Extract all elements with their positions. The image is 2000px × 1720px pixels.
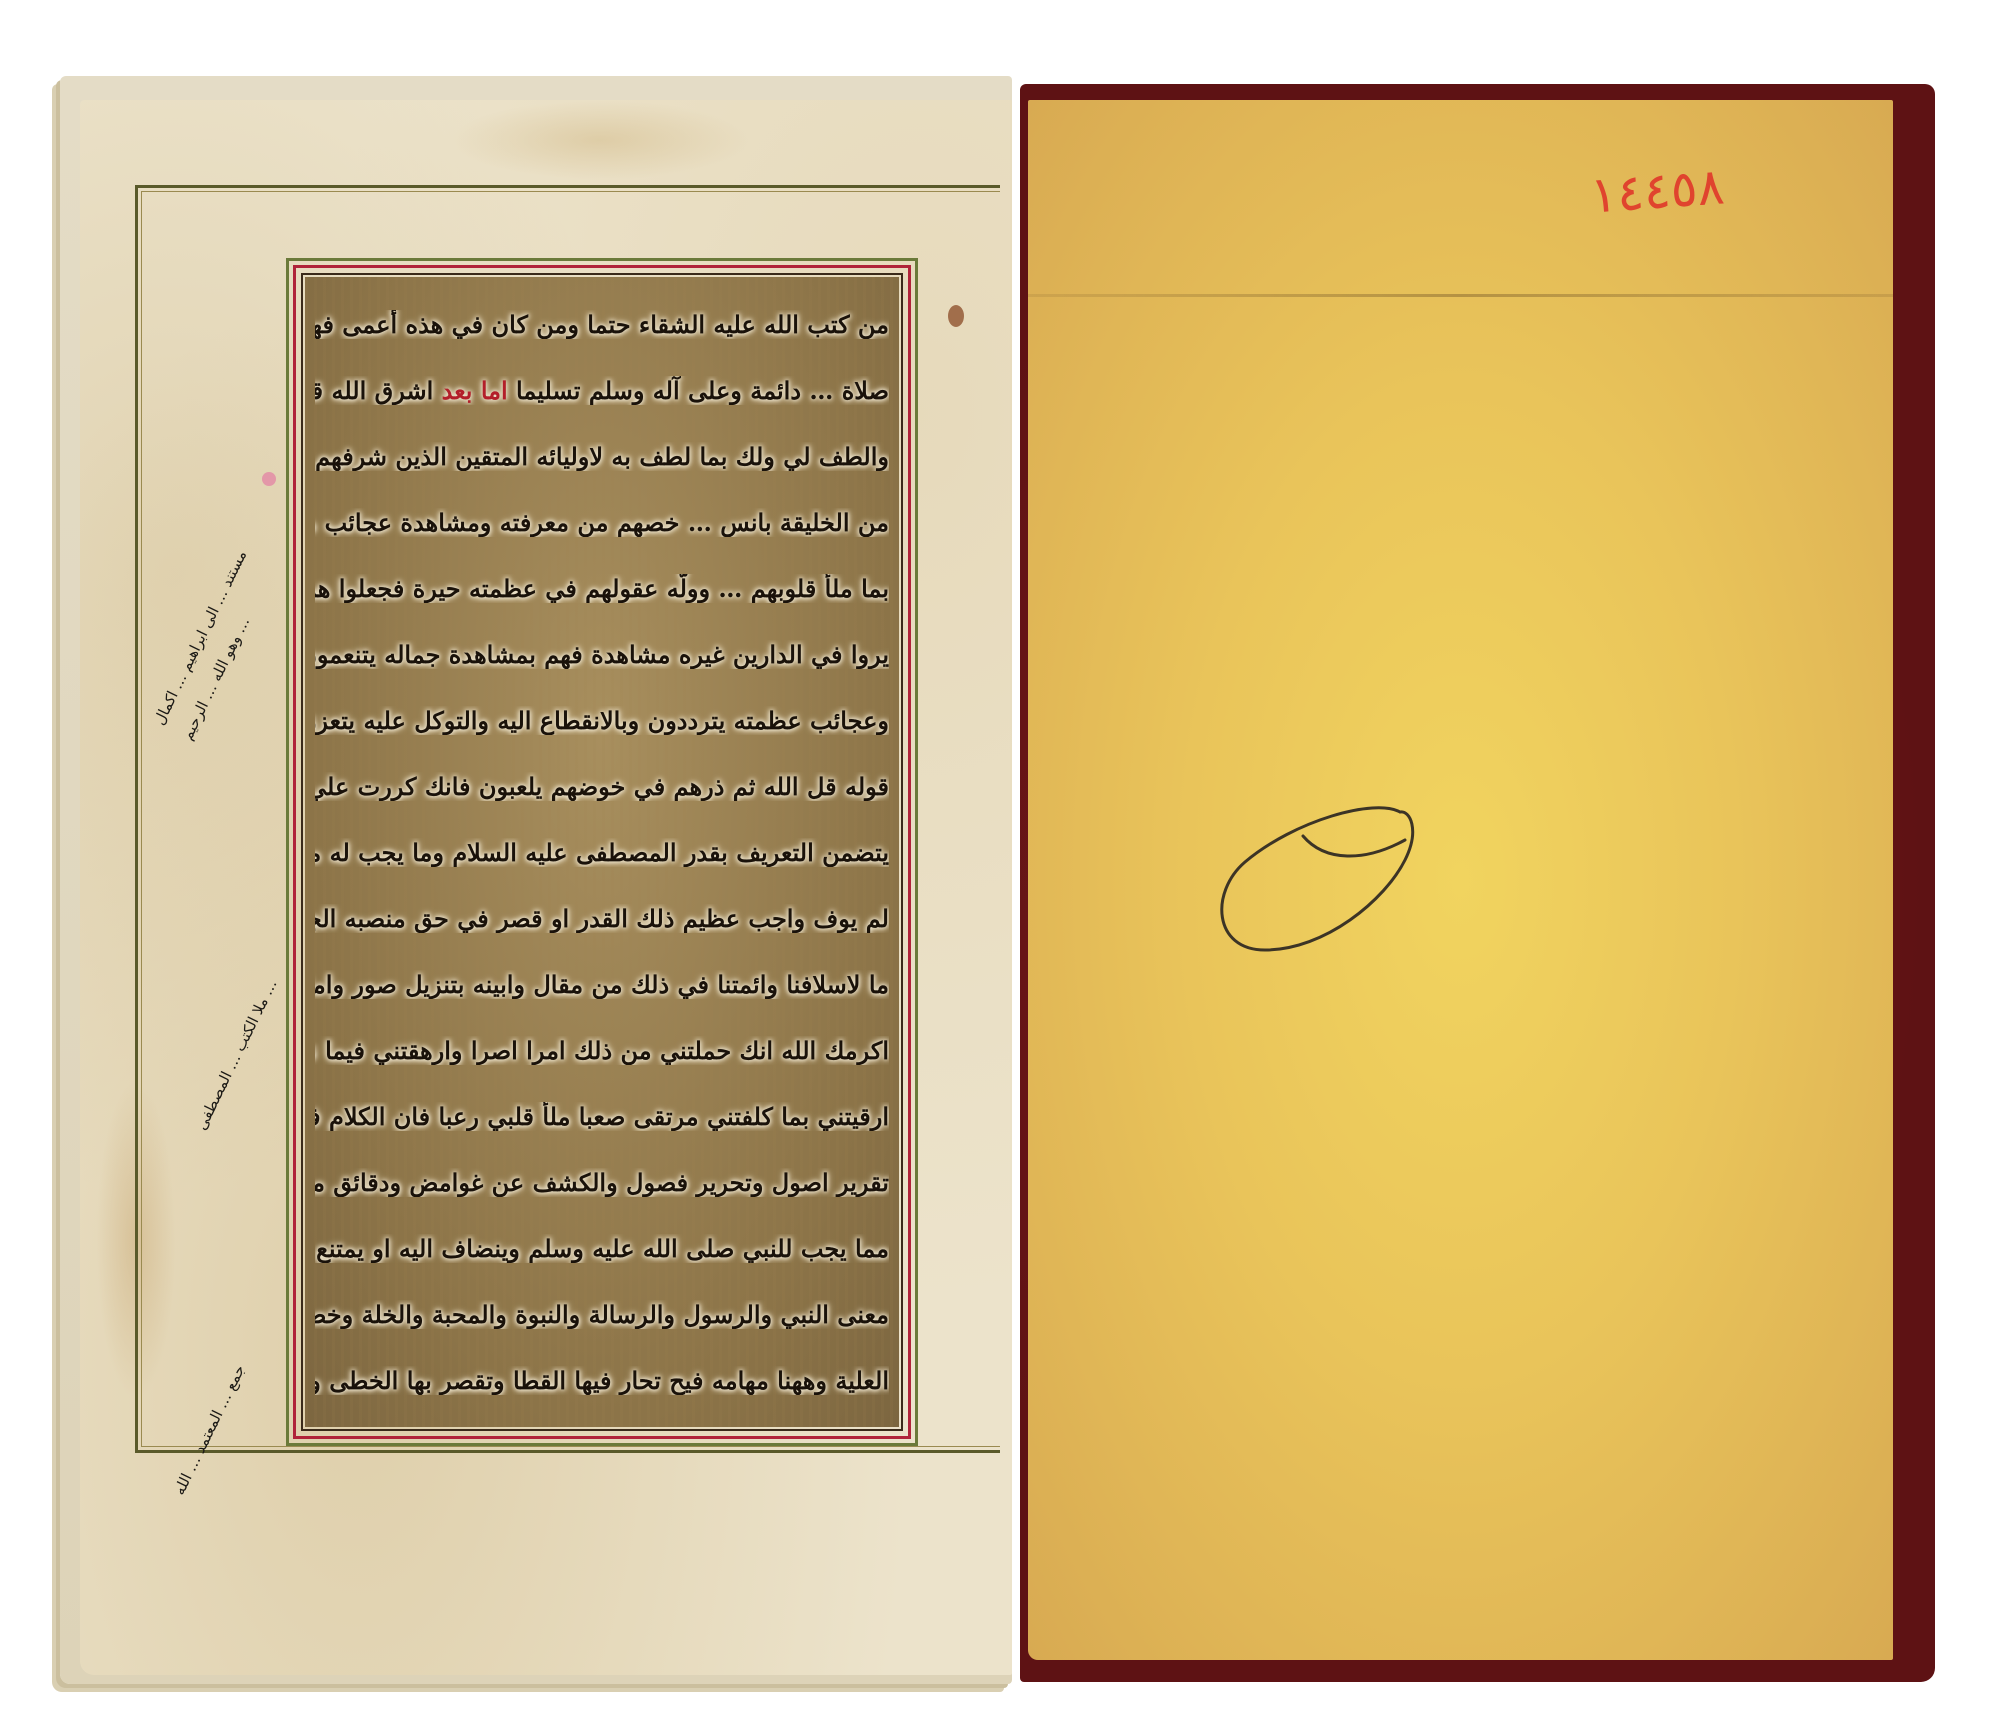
text-line: تقرير اصول وتحرير فصول والكشف عن غوامض و…	[315, 1168, 889, 1197]
rubric-amma-bad: اما بعد	[442, 376, 508, 405]
text-line: والطف لي ولك بما لطف به لاوليائه المتقين…	[315, 442, 889, 471]
text-line: يروا في الدارين غيره مشاهدة فهم بمشاهدة …	[315, 640, 889, 669]
doublure-pastedown	[1028, 100, 1893, 1660]
text-line: ما لاسلافنا وائمتنا في ذلك من مقال وابين…	[315, 970, 889, 999]
inventory-number: ١٤٤٥٨	[1588, 157, 1726, 224]
text-line: مما يجب للنبي صلى الله عليه وسلم وينضاف …	[315, 1234, 889, 1263]
text-line: معنى النبي والرسول والرسالة والنبوة والم…	[315, 1300, 889, 1329]
text-line: بما ملأ قلوبهم … وولّه عقولهم في عظمته ح…	[315, 574, 889, 603]
text-line: قوله قل الله ثم ذرهم في خوضهم يلعبون فان…	[315, 772, 889, 801]
text-line: من كتب الله عليه الشقاء حتما ومن كان في …	[315, 310, 889, 339]
stain	[450, 100, 750, 180]
text-line: اكرمك الله انك حملتني من ذلك امرا اصرا و…	[315, 1036, 889, 1065]
text-panel: من كتب الله عليه الشقاء حتما ومن كان في …	[305, 277, 899, 1427]
text-line: ارقيتني بما كلفتني مرتقى صعبا ملأ قلبي ر…	[315, 1102, 889, 1131]
pencil-oval-mark-icon	[1205, 800, 1435, 960]
text-line: العلية وههنا مهامه فيح تحار فيها القطا و…	[315, 1366, 889, 1395]
text-line: لم يوف واجب عظيم ذلك القدر او قصر في حق …	[315, 904, 889, 933]
text-line: صلاة … دائمة وعلى آله وسلم تسليما اما بع…	[315, 376, 889, 405]
text-line: وعجائب عظمته يترددون وبالانقطاع اليه وال…	[315, 706, 889, 735]
text-line: من الخليقة بانس … خصهم من معرفته ومشاهدة…	[315, 508, 889, 537]
text-block-frame: من كتب الله عليه الشقاء حتما ومن كان في …	[286, 258, 918, 1446]
text-line: يتضمن التعريف بقدر المصطفى عليه السلام و…	[315, 838, 889, 867]
